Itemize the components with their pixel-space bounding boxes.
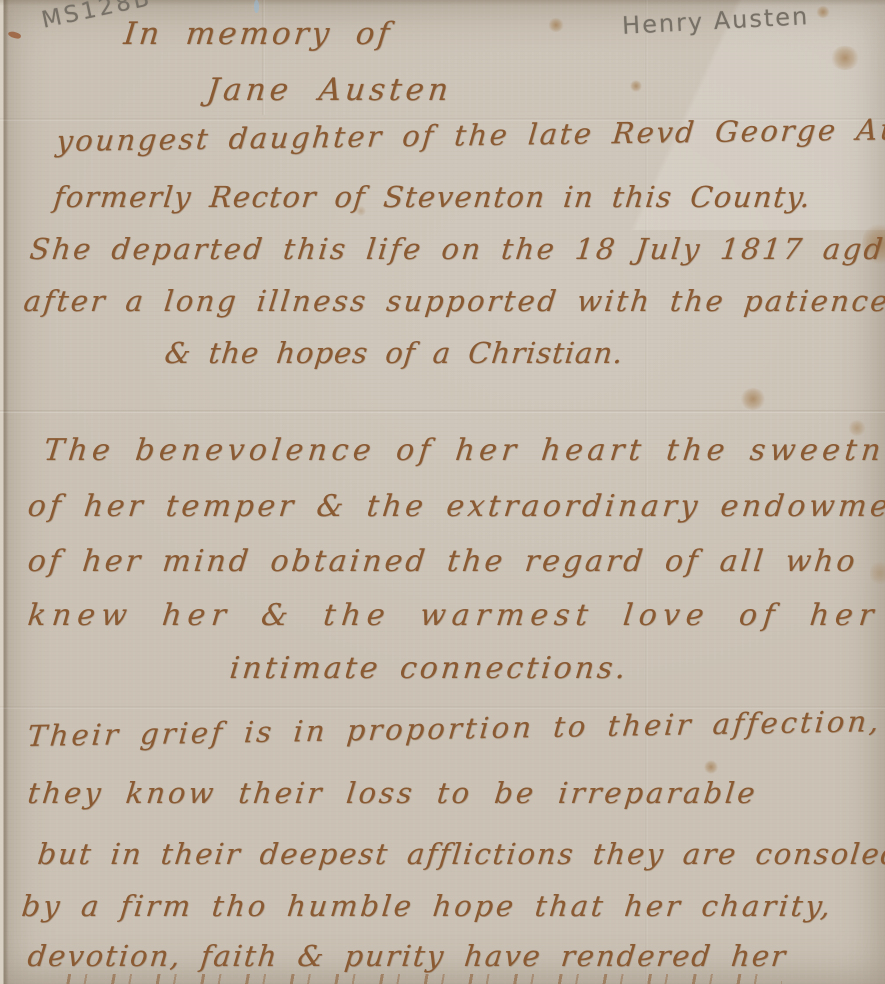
manuscript-line-10: of her mind obtained the regard of all w…	[26, 544, 859, 579]
manuscript-line-heading-2: Jane Austen	[205, 72, 454, 108]
manuscript-line-9: of her temper & the extraordinary endowm…	[26, 489, 885, 524]
manuscript-line-7: & the hopes of a Christian.	[163, 336, 625, 370]
manuscript-line-6: after a long illness supported with the …	[22, 284, 885, 318]
manuscript-line-15: but in their deepest afflictions they ar…	[36, 837, 885, 871]
manuscript-line-16: by a firm tho humble hope that her chari…	[20, 889, 835, 923]
manuscript-line-12: intimate connections.	[228, 651, 630, 686]
manuscript-line-5: She departed this life on the 18 July 18…	[28, 232, 885, 266]
foxing-stain	[870, 560, 885, 586]
manuscript-line-13: Their grief is in proportion to their af…	[26, 704, 883, 753]
manuscript-page: MS128B Henry Austen In memory of Jane Au…	[0, 0, 885, 984]
foxing-stain	[816, 6, 830, 18]
fold-crease-horizontal	[0, 410, 885, 413]
manuscript-line-heading-1: In memory of	[122, 16, 394, 52]
manuscript-line-14: they know their loss to be irreparable	[26, 776, 759, 810]
manuscript-line-11: knew her & the warmest love of her	[26, 598, 881, 633]
manuscript-line-17: devotion, faith & purity have rendered h…	[26, 939, 789, 973]
manuscript-line-8: The benevolence of her heart the sweetne…	[42, 433, 885, 468]
foxing-stain	[740, 388, 766, 410]
paper-edge-left	[0, 0, 9, 984]
manuscript-line-4: formerly Rector of Steventon in this Cou…	[52, 180, 813, 214]
ink-fleck	[7, 30, 21, 40]
foxing-stain	[548, 18, 564, 32]
blue-fleck	[254, 0, 259, 13]
foxing-stain	[704, 760, 718, 774]
foxing-stain	[830, 46, 860, 70]
foxing-stain	[630, 80, 642, 92]
cutoff-line-strokes	[58, 974, 782, 984]
